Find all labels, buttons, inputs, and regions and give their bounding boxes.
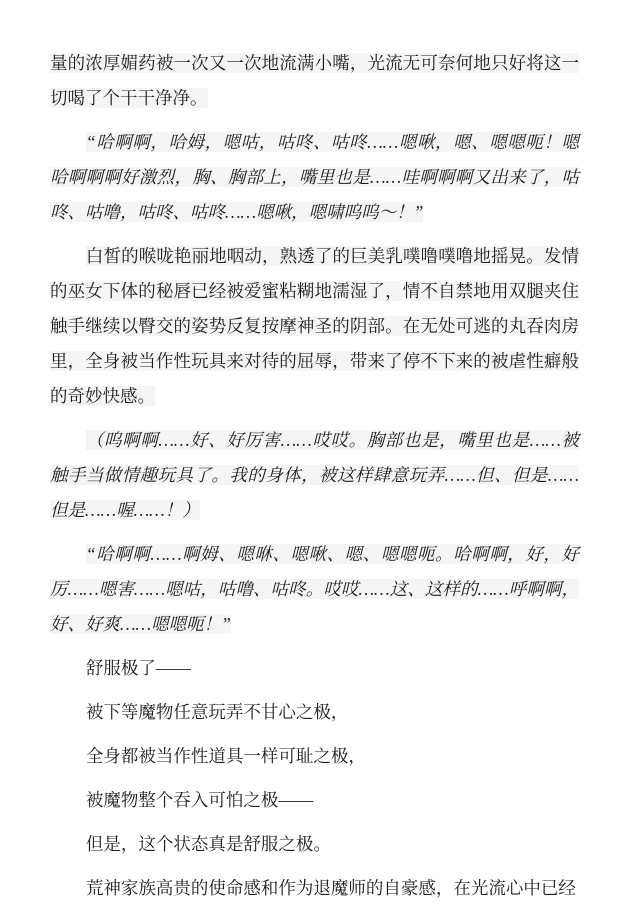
paragraph-6: 舒服极了——	[50, 651, 579, 686]
document-page: 量的浓厚媚药被一次又一次地流满小嘴，光流无可奈何地只好将这一切喝了个干干净净。 …	[0, 0, 629, 914]
paragraph-5-dialogue: “哈啊啊……啊姆、嗯咻、嗯啾、嗯、嗯嗯呃。哈啊啊，好，好厉……嗯害……嗯咕，咕噜…	[50, 537, 579, 642]
paragraph-10-text: 但是，这个状态真是舒服之极。	[86, 834, 331, 854]
paragraph-8-text: 全身都被当作性道具一样可耻之极，	[86, 746, 366, 766]
paragraph-7: 被下等魔物任意玩弄不甘心之极，	[50, 695, 579, 730]
paragraph-8: 全身都被当作性道具一样可耻之极，	[50, 739, 579, 774]
paragraph-3-text: 白皙的喉咙艳丽地咽动，熟透了的巨美乳噗噜噗噜地摇晃。发情的巫女下体的秘唇已经被爱…	[50, 246, 579, 406]
paragraph-9: 被魔物整个吞入可怕之极——	[50, 783, 579, 818]
paragraph-4-inner-thought: （呜啊啊……好、好厉害……哎哎。胸部也是，嘴里也是……被触手当做情趣玩具了。我的…	[50, 423, 579, 528]
paragraph-11: 荒神家族高贵的使命感和作为退魔师的自豪感，在光流心中已经	[50, 871, 579, 906]
paragraph-3: 白皙的喉咙艳丽地咽动，熟透了的巨美乳噗噜噗噜地摇晃。发情的巫女下体的秘唇已经被爱…	[50, 239, 579, 414]
paragraph-1-text: 量的浓厚媚药被一次又一次地流满小嘴，光流无可奈何地只好将这一切喝了个干干净净。	[50, 53, 579, 108]
paragraph-4-text: （呜啊啊……好、好厉害……哎哎。胸部也是，嘴里也是……被触手当做情趣玩具了。我的…	[50, 430, 579, 520]
paragraph-10: 但是，这个状态真是舒服之极。	[50, 827, 579, 862]
paragraph-2-text: “哈啊啊，哈姆，嗯咕，咕咚、咕咚……嗯啾，嗯、嗯嗯呃！嗯哈啊啊啊好激烈，胸、胸部…	[50, 132, 579, 222]
paragraph-7-text: 被下等魔物任意玩弄不甘心之极，	[86, 702, 349, 722]
paragraph-9-text: 被魔物整个吞入可怕之极——	[86, 790, 314, 810]
paragraph-11-text: 荒神家族高贵的使命感和作为退魔师的自豪感，在光流心中已经	[86, 878, 576, 898]
paragraph-2-dialogue: “哈啊啊，哈姆，嗯咕，咕咚、咕咚……嗯啾，嗯、嗯嗯呃！嗯哈啊啊啊好激烈，胸、胸部…	[50, 125, 579, 230]
paragraph-6-text: 舒服极了——	[86, 658, 191, 678]
paragraph-5-text: “哈啊啊……啊姆、嗯咻、嗯啾、嗯、嗯嗯呃。哈啊啊，好，好厉……嗯害……嗯咕，咕噜…	[50, 544, 579, 634]
paragraph-1: 量的浓厚媚药被一次又一次地流满小嘴，光流无可奈何地只好将这一切喝了个干干净净。	[50, 46, 579, 116]
